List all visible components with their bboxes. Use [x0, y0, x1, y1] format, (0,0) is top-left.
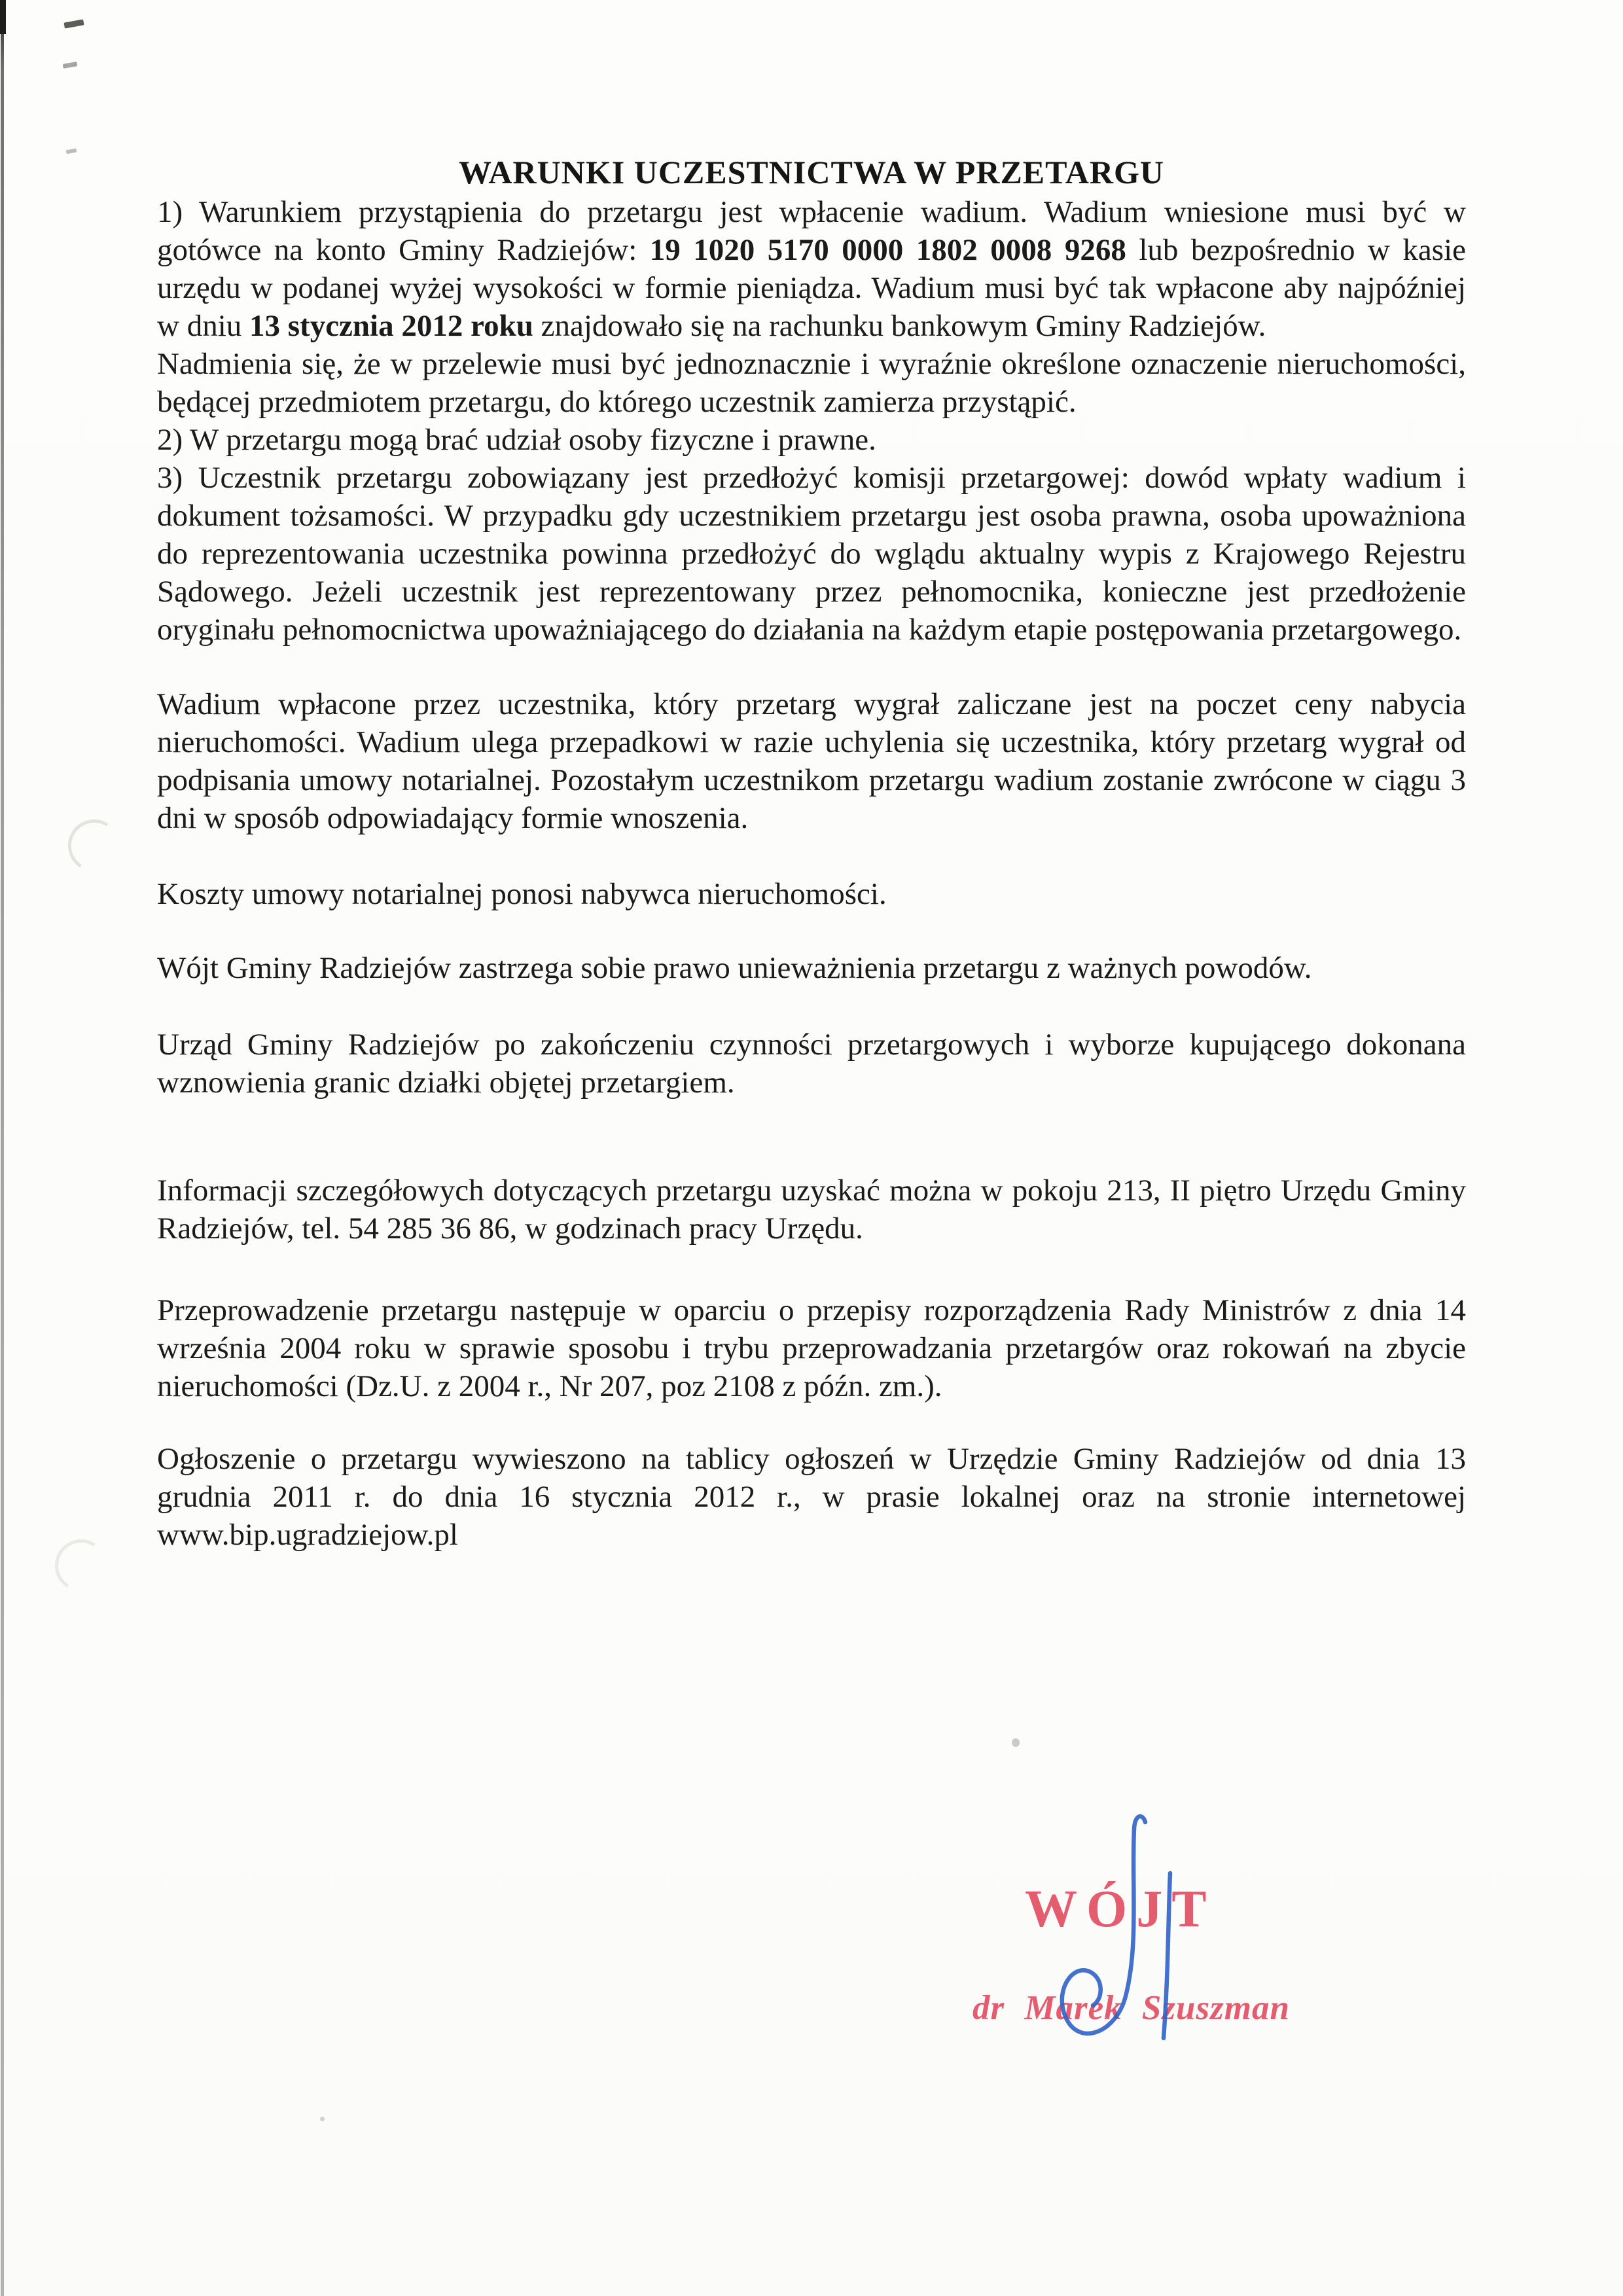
bank-account-number: 19 1020 5170 0000 1802 0008 9268	[650, 233, 1126, 267]
scanned-document-page: WARUNKI UCZESTNICTWA W PRZETARGU 1) Waru…	[0, 0, 1623, 2296]
paragraph-notary-costs: Koszty umowy notarialnej ponosi nabywca …	[157, 875, 1466, 913]
scan-speck-above-stamp	[1012, 1738, 1020, 1747]
document-title: WARUNKI UCZESTNICTWA W PRZETARGU	[157, 153, 1466, 191]
signature-main-stroke	[1062, 1816, 1145, 2034]
document-body: 1) Warunkiem przystąpienia do przetargu …	[157, 193, 1466, 1554]
paragraph-condition-2: 2) W przetargu mogą brać udział osoby fi…	[157, 421, 1466, 459]
paragraph-contact-info: Informacji szczegółowych dotyczących prz…	[157, 1172, 1466, 1247]
paragraph-legal-basis: Przeprowadzenie przetargu następuje w op…	[157, 1291, 1466, 1405]
pencil-mark-left-2	[50, 1535, 113, 1597]
scan-speck-top-2	[63, 62, 78, 69]
scan-edge-dark-cap	[0, 0, 6, 34]
paragraph-condition-1: 1) Warunkiem przystąpienia do przetargu …	[157, 193, 1466, 345]
paragraph-transfer-note: Nadmienia się, że w przelewie musi być j…	[157, 345, 1466, 421]
scan-speck-bottom	[320, 2117, 325, 2121]
paragraph-announcement: Ogłoszenie o przetargu wywieszono na tab…	[157, 1440, 1466, 1554]
paragraph-condition-3: 3) Uczestnik przetargu zobowiązany jest …	[157, 459, 1466, 649]
paragraph-boundary-renewal: Urząd Gminy Radziejów po zakończeniu czy…	[157, 1026, 1466, 1102]
signature-secondary-stroke	[1164, 1873, 1170, 2038]
pencil-mark-left-1	[63, 815, 126, 877]
deadline-date: 13 stycznia 2012 roku	[249, 309, 533, 343]
condition-1-text-c: znajdowało się na rachunku bankowym Gmin…	[533, 309, 1266, 343]
paragraph-wojt-rights: Wójt Gminy Radziejów zastrzega sobie pra…	[157, 949, 1466, 987]
scan-speck-left	[66, 149, 77, 154]
handwritten-signature-ink	[1042, 1808, 1186, 2056]
scan-edge-line	[1, 0, 4, 2296]
paragraph-wadium-rules: Wadium wpłacone przez uczestnika, który …	[157, 685, 1466, 837]
scan-speck-top	[63, 19, 84, 28]
